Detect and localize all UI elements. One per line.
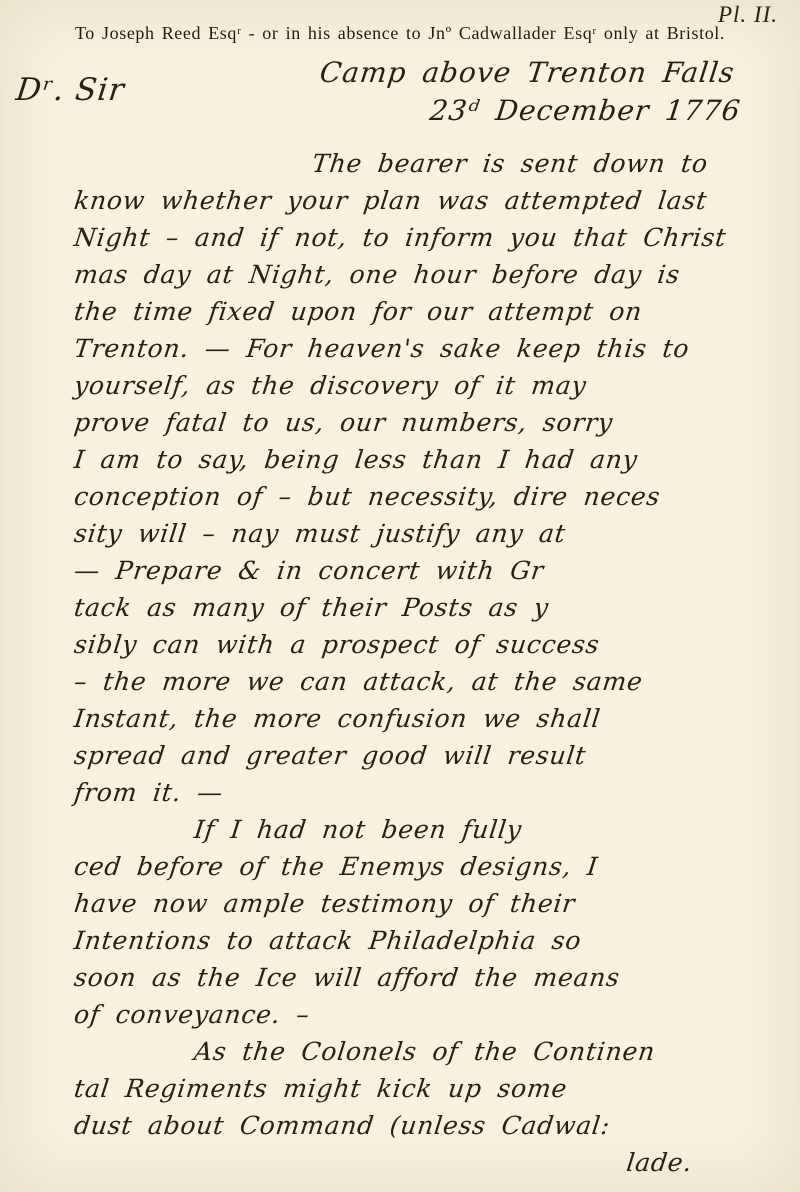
letter-line: yourself, as the discovery of it may xyxy=(72,367,783,404)
letter-line: tack as many of their Posts as y xyxy=(72,589,783,626)
letter-line: Trenton. — For heaven's sake keep this t… xyxy=(72,330,783,367)
salutation: Dʳ. Sir xyxy=(14,72,127,108)
letter-line: ced before of the Enemys designs, I xyxy=(72,848,783,885)
letter-line: know whether your plan was attempted las… xyxy=(72,182,783,219)
letter-line: lade. xyxy=(72,1144,783,1181)
letter-line: spread and greater good will result xyxy=(72,737,783,774)
letter-line: As the Colonels of the Continen xyxy=(72,1033,783,1070)
printed-address-caption: To Joseph Reed Esqʳ - or in his absence … xyxy=(0,23,800,44)
letter-line: prove fatal to us, our numbers, sorry xyxy=(72,404,783,441)
facsimile-letter-page: Pl. II. To Joseph Reed Esqʳ - or in his … xyxy=(0,0,800,1192)
letter-line: dust about Command (unless Cadwal: xyxy=(72,1107,783,1144)
letter-line: If I had not been fully xyxy=(72,811,783,848)
letter-line: Instant, the more confusion we shall xyxy=(72,700,783,737)
letter-line: the time fixed upon for our attempt on xyxy=(72,293,783,330)
dateline-date: 23ᵈ December 1776 xyxy=(428,94,743,127)
letter-line: from it. — xyxy=(72,774,783,811)
dateline-place: Camp above Trenton Falls xyxy=(318,56,737,89)
letter-line: I am to say, being less than I had any xyxy=(72,441,783,478)
letter-body: The bearer is sent down toknow whether y… xyxy=(72,145,778,1181)
letter-line: tal Regiments might kick up some xyxy=(72,1070,783,1107)
letter-line: of conveyance. – xyxy=(72,996,783,1033)
letter-line: – the more we can attack, at the same xyxy=(72,663,783,700)
letter-line: Intentions to attack Philadelphia so xyxy=(72,922,783,959)
letter-line: The bearer is sent down to xyxy=(72,145,783,182)
letter-line: — Prepare & in concert with Gr xyxy=(72,552,783,589)
letter-line: sibly can with a prospect of success xyxy=(72,626,783,663)
letter-line: soon as the Ice will afford the means xyxy=(72,959,783,996)
letter-line: sity will – nay must justify any at xyxy=(72,515,783,552)
letter-line: Night – and if not, to inform you that C… xyxy=(72,219,783,256)
letter-line: have now ample testimony of their xyxy=(72,885,783,922)
letter-line: mas day at Night, one hour before day is xyxy=(72,256,783,293)
letter-line: conception of – but necessity, dire nece… xyxy=(72,478,783,515)
